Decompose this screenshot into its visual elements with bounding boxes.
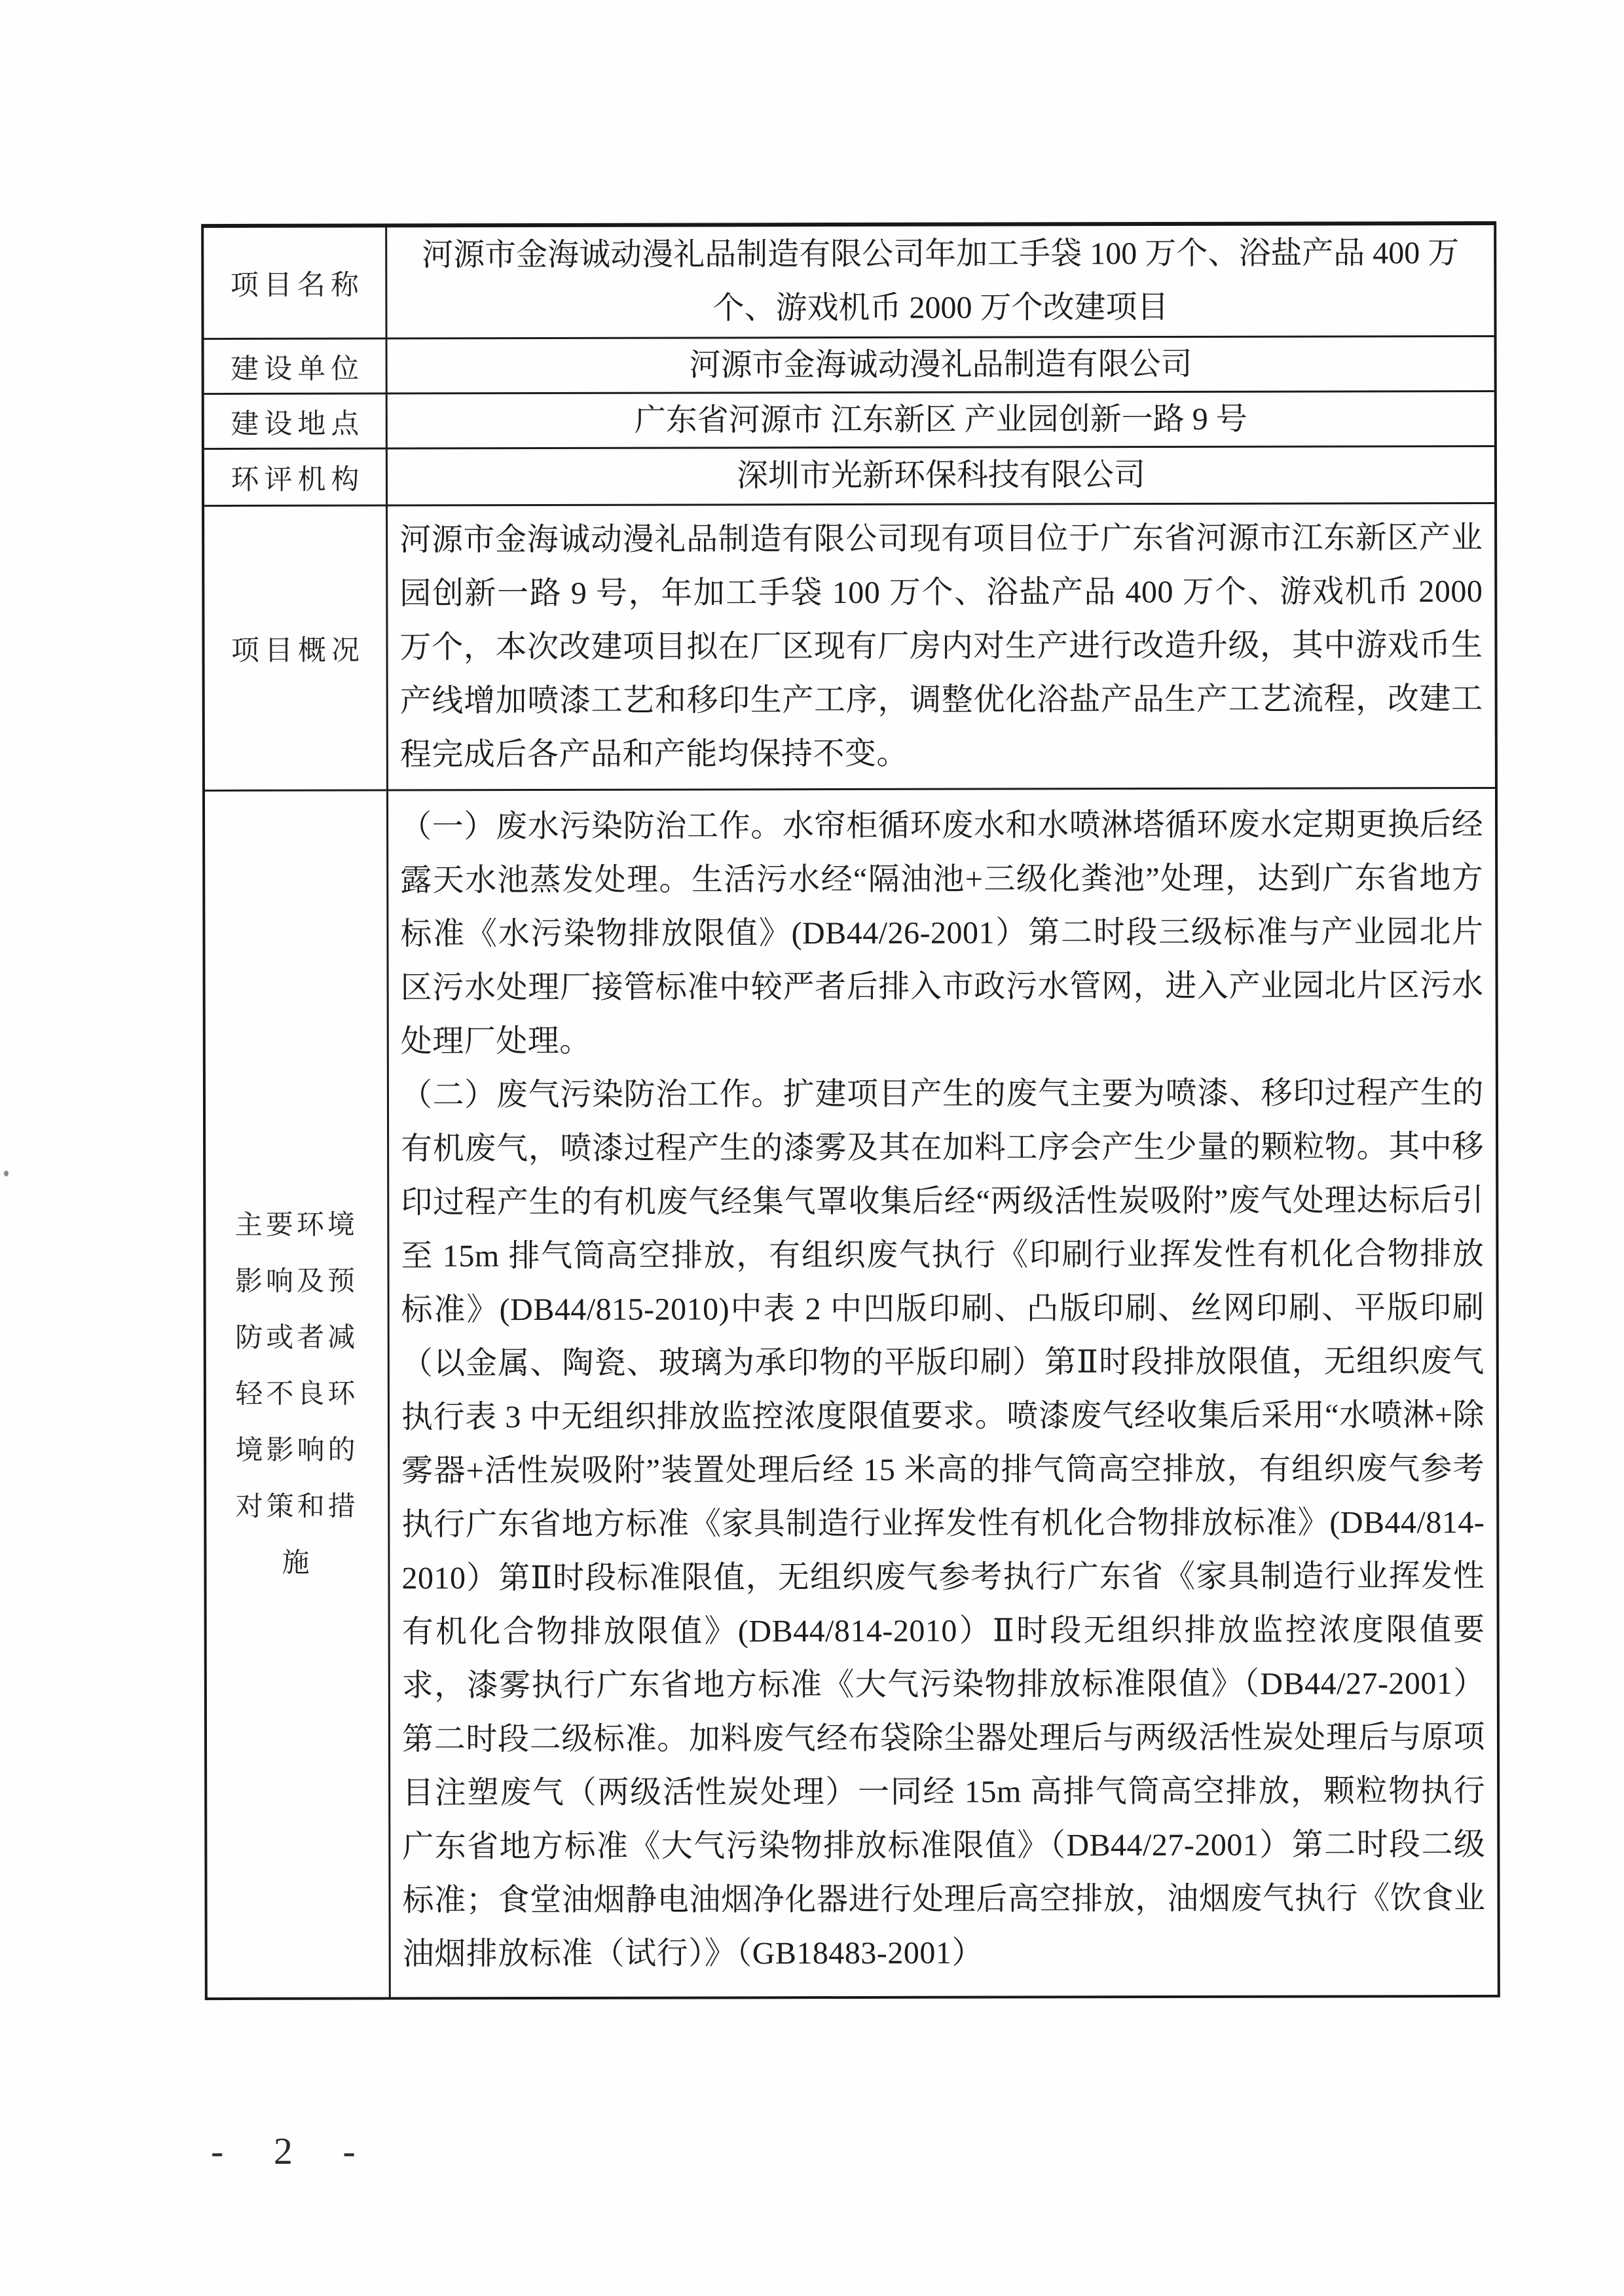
scan-speck bbox=[4, 1171, 9, 1176]
document-page: { "page": { "number_label": "- 2 -" }, "… bbox=[0, 0, 1624, 2296]
table-row-environmental-measures: 主要环境影响及预防或者减轻不良环境影响的对策和措施 （一）废水污染防治工作。水帘… bbox=[205, 789, 1498, 1997]
table-row-eia-agency: 环评机构 深圳市光新环保科技有限公司 bbox=[204, 447, 1494, 507]
eia-agency-value-cell: 深圳市光新环保科技有限公司 bbox=[388, 447, 1494, 505]
table-row-project-overview: 项目概况 河源市金海诚动漫礼品制造有限公司现有项目位于广东省河源市江东新区产业园… bbox=[204, 504, 1495, 792]
wastewater-measures-paragraph: （一）废水污染防治工作。水帘柜循环废水和水喷淋塔循环废水定期更换后经露天水池蒸发… bbox=[400, 798, 1484, 1068]
project-overview-value-cell: 河源市金海诚动漫礼品制造有限公司现有项目位于广东省河源市江东新区产业园创新一路 … bbox=[388, 504, 1495, 790]
eia-agency-label: 环评机构 bbox=[204, 449, 388, 505]
exhaust-gas-measures-paragraph: （二）废气污染防治工作。扩建项目产生的废气主要为喷漆、移印过程产生的有机废气，喷… bbox=[401, 1066, 1486, 1981]
eia-agency-value: 深圳市光新环保科技有限公司 bbox=[399, 448, 1483, 503]
project-name-value-cell: 河源市金海诚动漫礼品制造有限公司年加工手袋 100 万个、浴盐产品 400 万个… bbox=[387, 225, 1494, 338]
project-overview-label: 项目概况 bbox=[204, 506, 388, 790]
info-table: 项目名称 河源市金海诚动漫礼品制造有限公司年加工手袋 100 万个、浴盐产品 4… bbox=[201, 221, 1500, 2000]
construction-unit-value-cell: 河源市金海诚动漫礼品制造有限公司 bbox=[388, 337, 1494, 393]
environmental-measures-label-cell: 主要环境影响及预防或者减轻不良环境影响的对策和措施 bbox=[205, 791, 391, 1997]
page-number: - 2 - bbox=[211, 2129, 371, 2173]
environmental-measures-label: 主要环境影响及预防或者减轻不良环境影响的对策和措施 bbox=[231, 1197, 363, 1592]
project-name-label: 项目名称 bbox=[204, 227, 387, 338]
construction-site-label: 建设地点 bbox=[204, 394, 388, 448]
construction-unit-value: 河源市金海诚动漫礼品制造有限公司 bbox=[399, 337, 1483, 393]
construction-unit-label: 建设单位 bbox=[204, 339, 388, 393]
construction-site-value: 广东省河源市 江东新区 产业园创新一路 9 号 bbox=[399, 392, 1483, 448]
construction-site-value-cell: 广东省河源市 江东新区 产业园创新一路 9 号 bbox=[388, 392, 1494, 448]
table-row-project-name: 项目名称 河源市金海诚动漫礼品制造有限公司年加工手袋 100 万个、浴盐产品 4… bbox=[204, 225, 1494, 340]
environmental-measures-value-cell: （一）废水污染防治工作。水帘柜循环废水和水喷淋塔循环废水定期更换后经露天水池蒸发… bbox=[388, 789, 1498, 1997]
table-row-construction-unit: 建设单位 河源市金海诚动漫礼品制造有限公司 bbox=[204, 337, 1494, 395]
table-row-construction-site: 建设地点 广东省河源市 江东新区 产业园创新一路 9 号 bbox=[204, 392, 1494, 450]
project-overview-value: 河源市金海诚动漫礼品制造有限公司现有项目位于广东省河源市江东新区产业园创新一路 … bbox=[399, 511, 1483, 782]
project-name-value: 河源市金海诚动漫礼品制造有限公司年加工手袋 100 万个、浴盐产品 400 万个… bbox=[399, 227, 1482, 336]
